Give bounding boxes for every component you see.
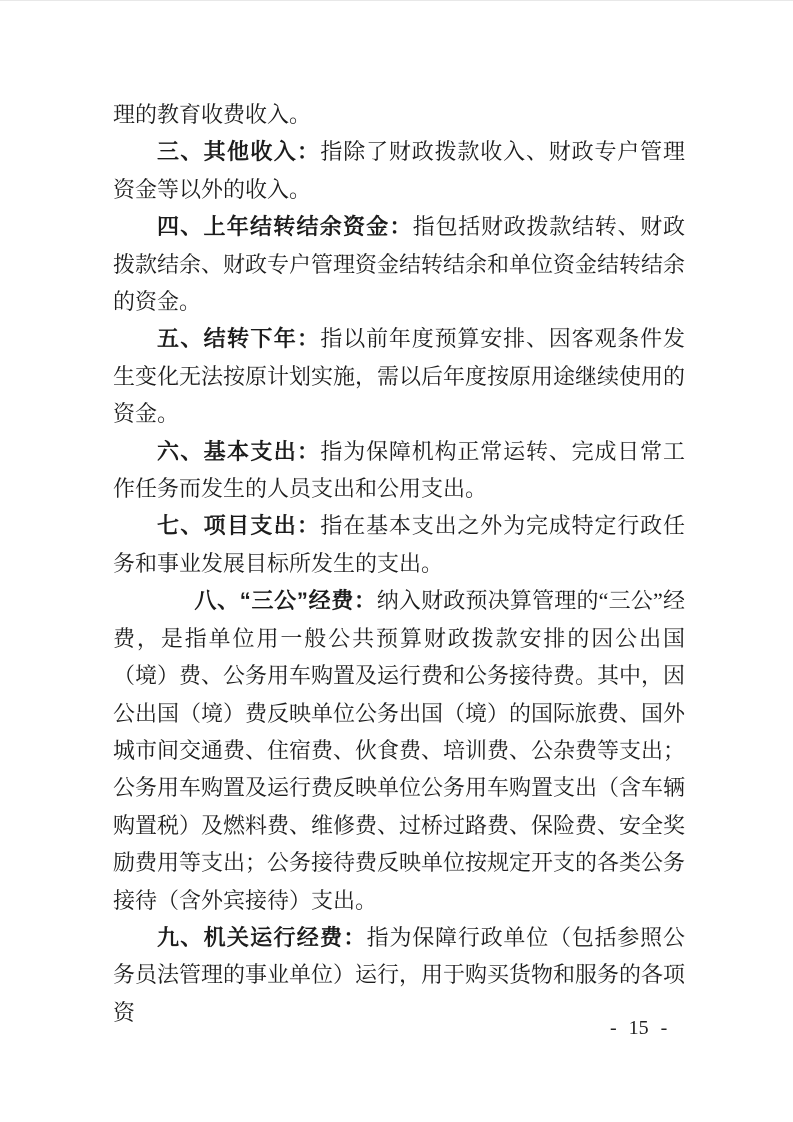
paragraph-item-4-prior-year-carryover-funds: 四、上年结转结余资金：指包括财政拨款结转、财政拨款结余、财政专户管理资金结转结余… (113, 208, 685, 320)
page-number: - 15 - (610, 1015, 667, 1041)
term-label: 七、项目支出： (157, 513, 320, 538)
term-label: 三、其他收入： (157, 139, 320, 164)
paragraph-item-3-other-income: 三、其他收入：指除了财政拨款收入、财政专户管理资金等以外的收入。 (113, 133, 685, 208)
term-label: 八、“三公”经费： (194, 588, 376, 613)
paragraph-item-7-project-expenditure: 七、项目支出：指在基本支出之外为完成特定行政任务和事业发展目标所发生的支出。 (113, 507, 685, 582)
document-page: 理的教育收费收入。三、其他收入：指除了财政拨款收入、财政专户管理资金等以外的收入… (0, 0, 793, 1122)
document-body: 理的教育收费收入。三、其他收入：指除了财政拨款收入、财政专户管理资金等以外的收入… (113, 96, 685, 1031)
term-definition: 纳入财政预决算管理的“三公”经费，是指单位用一般公共预算财政拨款安排的因公出国（… (113, 588, 685, 912)
paragraph-continuation-education-fee-income: 理的教育收费收入。 (113, 96, 685, 133)
term-label: 六、基本支出： (157, 439, 320, 464)
term-label: 五、结转下年： (157, 326, 320, 351)
paragraph-item-8-three-public-funds: 八、“三公”经费：纳入财政预决算管理的“三公”经费，是指单位用一般公共预算财政拨… (113, 582, 685, 919)
term-definition: 理的教育收费收入。 (113, 102, 311, 127)
paragraph-item-9-agency-operating-funds: 九、机关运行经费：指为保障行政单位（包括参照公务员法管理的事业单位）运行，用于购… (113, 919, 685, 1031)
paragraph-item-5-carryover-to-next-year: 五、结转下年：指以前年度预算安排、因客观条件发生变化无法按原计划实施，需以后年度… (113, 320, 685, 432)
term-label: 九、机关运行经费： (157, 925, 367, 950)
term-label: 四、上年结转结余资金： (157, 214, 413, 239)
paragraph-item-6-basic-expenditure: 六、基本支出：指为保障机构正常运转、完成日常工作任务而发生的人员支出和公用支出。 (113, 433, 685, 508)
